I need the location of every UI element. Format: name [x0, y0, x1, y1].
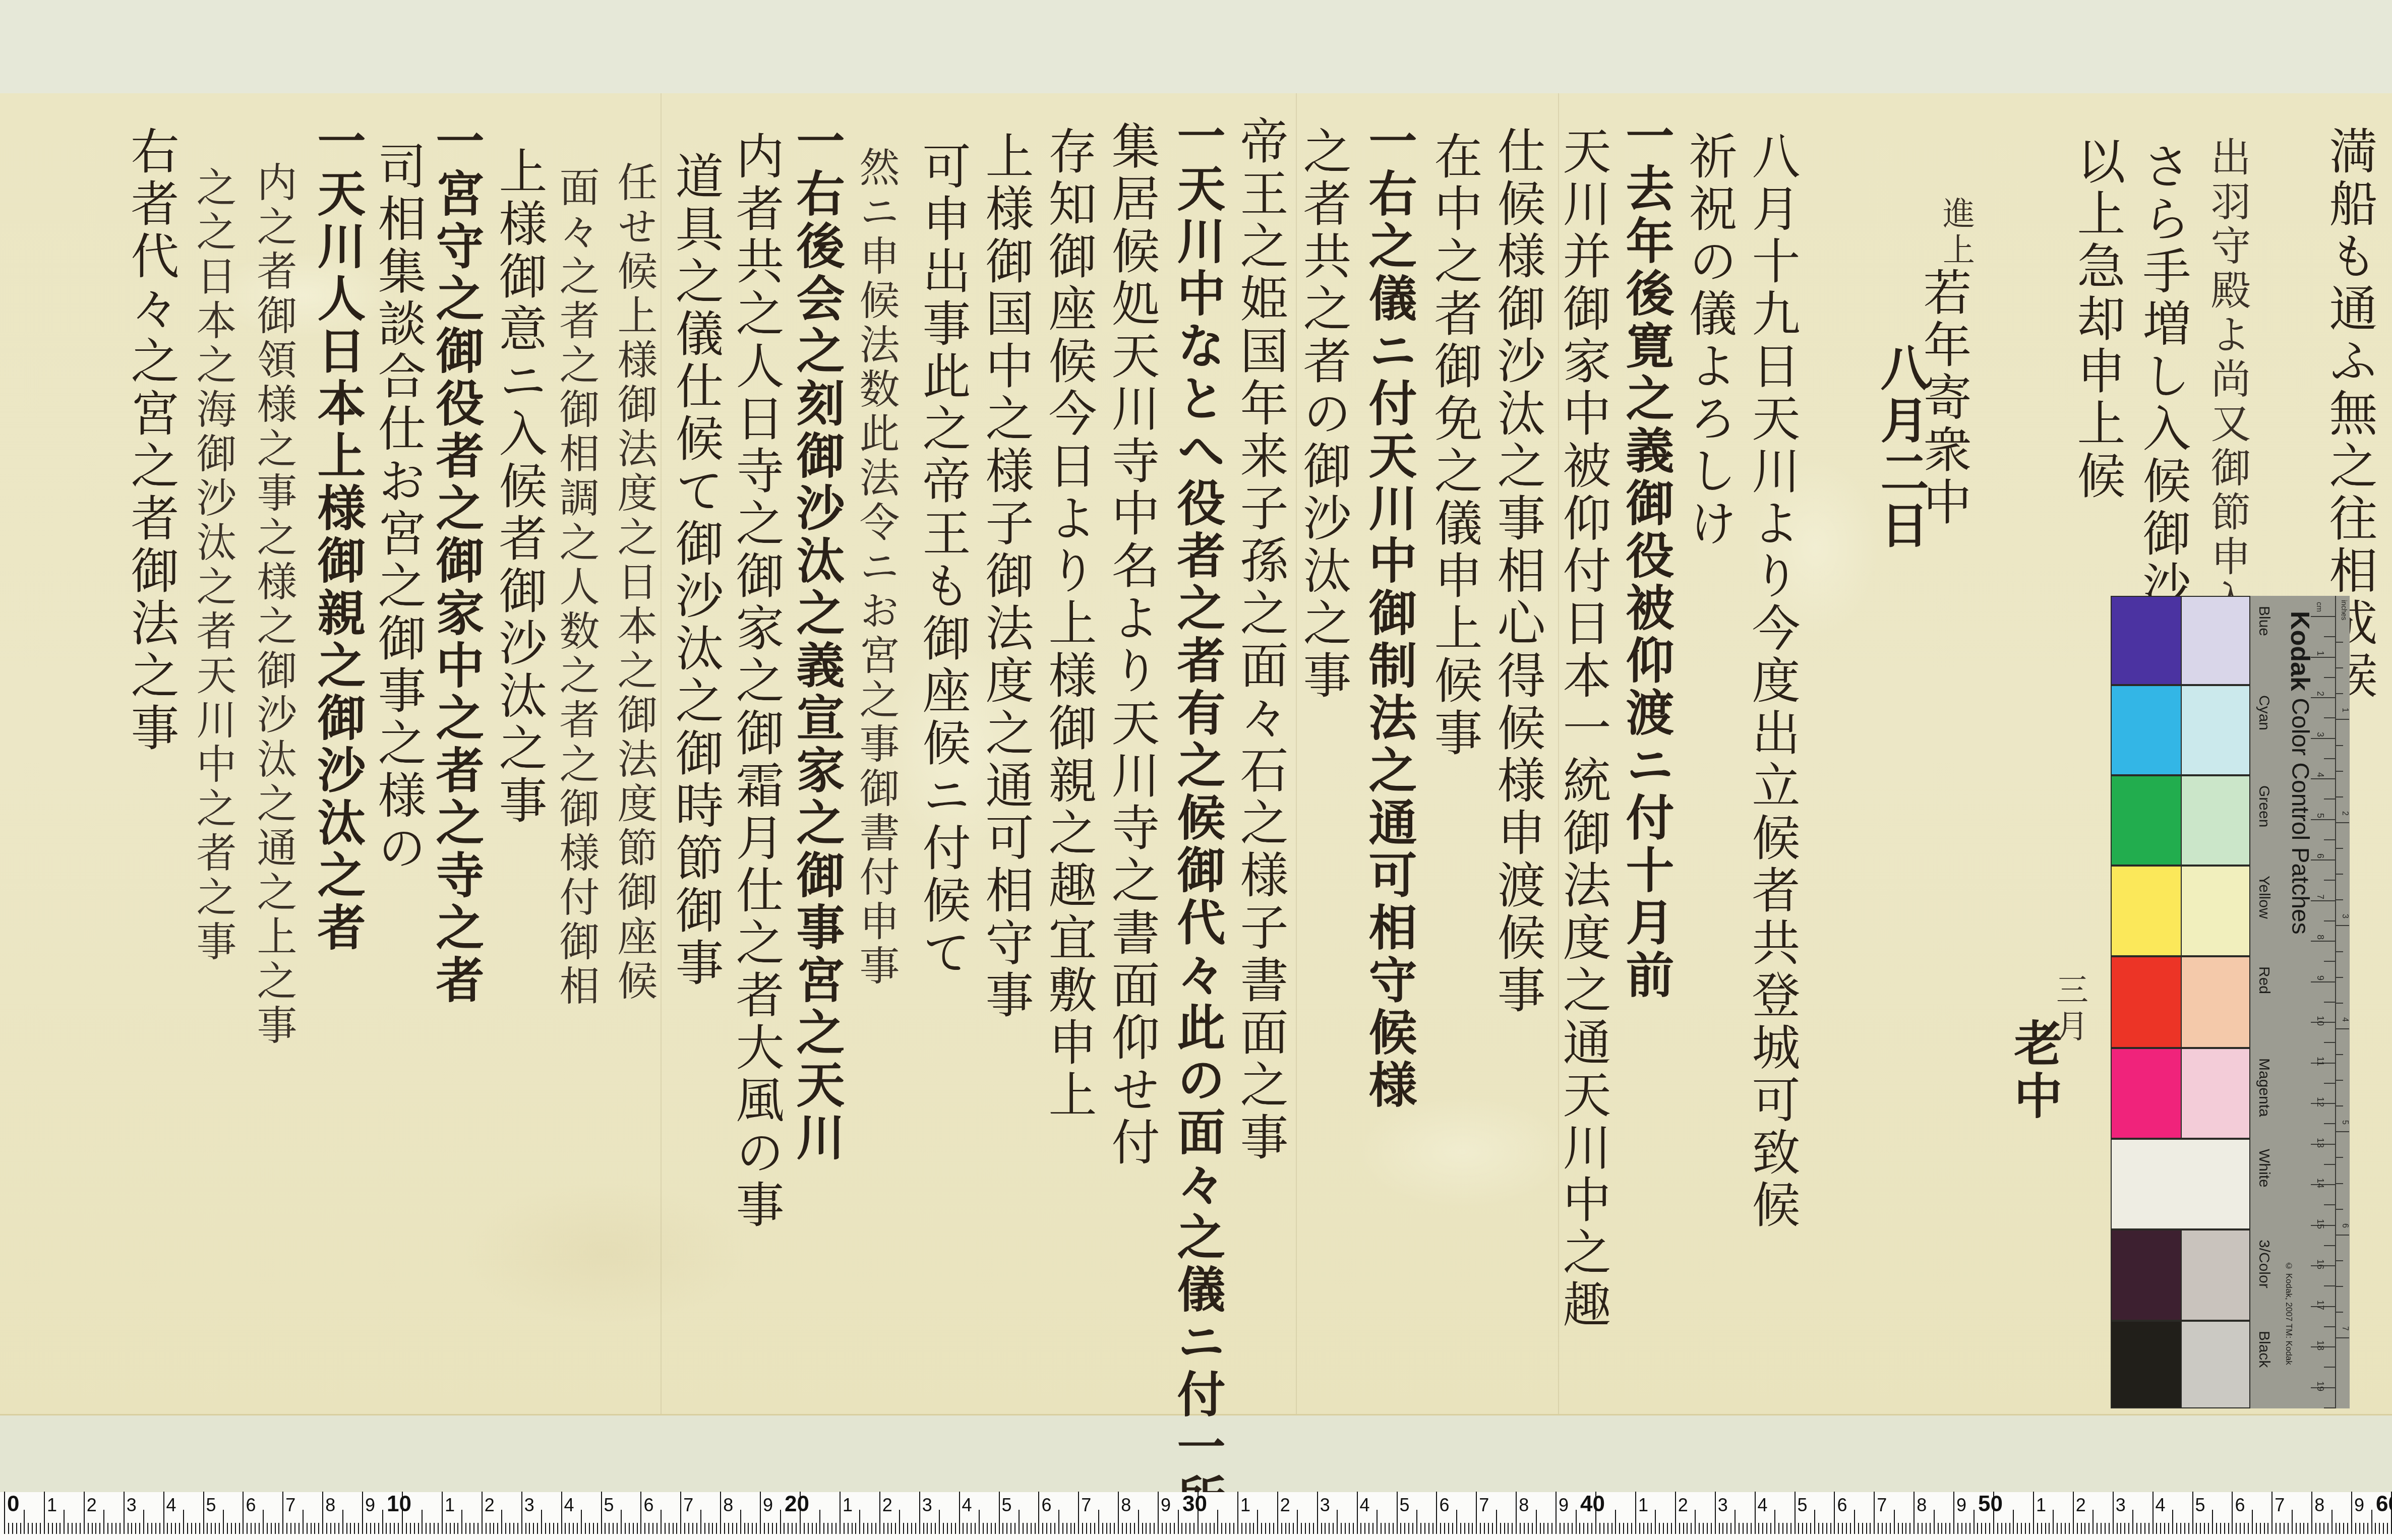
patch-black-tint [2181, 1321, 2250, 1408]
text-column: 内者共之人日寺之御家之御霜月仕之者大風の事 [732, 131, 781, 1232]
ruler-label: 9 [763, 1496, 773, 1514]
inch-tick [2336, 822, 2349, 823]
ruler-tick [119, 1523, 121, 1534]
cm-number: 11 [2315, 1057, 2325, 1066]
ruler-tick [724, 1523, 725, 1534]
ruler-tick [1229, 1523, 1230, 1534]
ruler-tick [2220, 1523, 2221, 1534]
ruler-label: 9 [365, 1496, 375, 1514]
ruler-tick [700, 1510, 701, 1534]
ruler-tick [1245, 1523, 1246, 1534]
ruler-tick [2336, 1523, 2337, 1534]
ruler-tick [891, 1523, 892, 1534]
cm-number: 15 [2315, 1219, 2325, 1229]
ruler-tick [1281, 1523, 1282, 1534]
ruler-label: 5 [2195, 1496, 2205, 1514]
ruler-tick [1333, 1523, 1334, 1534]
ruler-tick [2144, 1523, 2145, 1534]
ruler-label: 4 [1360, 1496, 1370, 1514]
ruler-tick [2256, 1523, 2257, 1534]
ruler-major-label: 50 [1978, 1493, 2003, 1515]
patch-label: Blue [2255, 606, 2273, 636]
ruler-tick [712, 1523, 713, 1534]
ruler-tick [195, 1523, 196, 1534]
ruler-tick [1719, 1523, 1720, 1534]
ruler-tick [1500, 1523, 1501, 1534]
ruler-tick [2280, 1523, 2281, 1534]
ruler-tick [1890, 1523, 1891, 1534]
ruler-tick [1325, 1523, 1326, 1534]
ruler-tick [203, 1492, 204, 1534]
ruler-tick [143, 1510, 144, 1534]
ruler-tick [831, 1523, 832, 1534]
ruler-tick [438, 1523, 439, 1534]
ruler-tick [887, 1523, 888, 1534]
ruler-tick [1663, 1523, 1664, 1534]
patch-cyan-tint [2181, 685, 2250, 775]
inch-tick [2336, 667, 2343, 668]
ruler-tick [1381, 1523, 1382, 1534]
text-column: 進上 [1940, 197, 1972, 269]
ruler-tick [1269, 1523, 1270, 1534]
ruler-tick [24, 1510, 25, 1534]
ruler-tick [290, 1523, 291, 1534]
ruler-tick [2319, 1523, 2320, 1534]
ruler-tick [525, 1523, 526, 1534]
ruler-tick [1516, 1492, 1517, 1534]
patch-label: 3/Color [2255, 1240, 2273, 1288]
ruler-tick [330, 1523, 331, 1534]
ruler-tick [1532, 1523, 1533, 1534]
ruler-tick [2081, 1523, 2082, 1534]
ruler-tick [1106, 1523, 1107, 1534]
ruler-tick [748, 1523, 749, 1534]
ruler-tick [1456, 1510, 1457, 1534]
ruler-tick [48, 1523, 49, 1534]
patch-red-solid [2111, 956, 2182, 1048]
ruler-tick [1162, 1523, 1163, 1534]
ruler-tick [991, 1523, 992, 1534]
ruler-major-label: 0 [7, 1493, 19, 1515]
ruler-label: 9 [1559, 1496, 1569, 1514]
ruler-tick [2200, 1523, 2201, 1534]
ruler-tick [895, 1523, 896, 1534]
ruler-tick [469, 1523, 470, 1534]
ruler-tick [669, 1523, 670, 1534]
ruler-tick [2244, 1523, 2245, 1534]
ruler-tick [36, 1523, 37, 1534]
ruler-tick [1922, 1523, 1923, 1534]
cm-number: 7 [2315, 894, 2325, 899]
ruler-tick [247, 1523, 248, 1534]
cm-number: 8 [2315, 935, 2325, 940]
ruler-tick [2033, 1492, 2034, 1534]
ruler-tick [1006, 1523, 1007, 1534]
ruler-tick [541, 1510, 542, 1534]
ruler-tick [848, 1523, 849, 1534]
ruler-tick [1110, 1523, 1111, 1534]
ruler-tick [2300, 1523, 2301, 1534]
ruler-tick [2192, 1492, 2193, 1534]
ruler-tick [1838, 1523, 1839, 1534]
patch-label: Black [2255, 1331, 2273, 1368]
ruler-tick [1898, 1523, 1899, 1534]
ruler-label: 8 [2314, 1496, 2324, 1514]
paper-fold-line [661, 93, 662, 1414]
ruler-tick [322, 1492, 323, 1534]
cm-tick [2324, 1326, 2336, 1327]
ruler-tick [2236, 1523, 2237, 1534]
ruler-tick [199, 1523, 200, 1534]
ruler-tick [1762, 1523, 1763, 1534]
ruler-label: 1 [843, 1496, 853, 1514]
ruler-label: 5 [604, 1496, 614, 1514]
ruler-major-label: 30 [1182, 1493, 1207, 1515]
ruler-tick [1472, 1523, 1473, 1534]
ruler-tick [537, 1523, 538, 1534]
ruler-tick [1233, 1523, 1234, 1534]
patch-red-tint [2181, 956, 2250, 1048]
ruler-tick [2037, 1523, 2038, 1534]
text-column: 八月十九日天川より今度出立候者共登城可致候 [1748, 131, 1797, 1232]
ruler-tick [1412, 1523, 1413, 1534]
ruler-tick [358, 1523, 359, 1534]
ruler-tick [1643, 1523, 1644, 1534]
ruler-label: 2 [485, 1496, 495, 1514]
ruler-tick [1814, 1510, 1815, 1534]
ruler-tick [298, 1523, 300, 1534]
inch-number: 7 [2340, 1326, 2349, 1331]
ruler-tick [1722, 1523, 1723, 1534]
ruler-tick [442, 1492, 443, 1534]
cm-number: 1 [2315, 651, 2325, 656]
ruler-tick [1241, 1523, 1242, 1534]
ruler-tick [2041, 1523, 2042, 1534]
ruler-tick [621, 1510, 622, 1534]
ruler-tick [1138, 1510, 1139, 1534]
ruler-tick [1961, 1523, 1962, 1534]
chart-label-strip: Kodak Color Control Patches BlueCyanGree… [2250, 596, 2350, 1408]
text-column: 八月二日 [1877, 343, 1925, 552]
ruler-tick [1989, 1523, 1990, 1534]
ruler-tick [2379, 1523, 2380, 1534]
ruler-tick [1655, 1510, 1656, 1534]
ruler-tick [661, 1510, 662, 1534]
ruler-tick [1902, 1523, 1903, 1534]
inch-tick [2336, 1286, 2343, 1287]
ruler-tick [1054, 1523, 1055, 1534]
ruler-tick [1953, 1492, 1954, 1534]
patch-magenta-tint [2181, 1048, 2250, 1139]
ruler-tick [1393, 1523, 1394, 1534]
ruler-tick [179, 1523, 180, 1534]
ruler-tick [446, 1523, 447, 1534]
ruler-tick [533, 1523, 534, 1534]
ruler-tick [549, 1523, 550, 1534]
cm-tick [2311, 616, 2336, 617]
ruler-tick [911, 1523, 912, 1534]
inch-tick [2336, 1028, 2349, 1029]
patch-black-solid [2111, 1321, 2182, 1408]
ruler-tick [1826, 1523, 1827, 1534]
ruler-tick [227, 1523, 228, 1534]
ruler-tick [1981, 1523, 1982, 1534]
ruler-tick [1301, 1523, 1302, 1534]
ruler-tick [1416, 1510, 1417, 1534]
ruler-tick [1894, 1510, 1895, 1534]
ruler-tick [2331, 1510, 2333, 1534]
ruler-tick [784, 1523, 785, 1534]
ruler-tick [151, 1523, 152, 1534]
ruler-tick [1174, 1523, 1175, 1534]
ruler-tick [2315, 1523, 2316, 1534]
ruler-label: 1 [2036, 1496, 2046, 1514]
patch-yellow-solid [2111, 866, 2182, 956]
ruler-tick [931, 1523, 932, 1534]
ruler-tick [975, 1523, 976, 1534]
ruler-tick [680, 1492, 681, 1534]
ruler-label: 8 [1917, 1496, 1927, 1514]
ruler-tick [99, 1523, 100, 1534]
ruler-label: 9 [1956, 1496, 1966, 1514]
ruler-tick [2276, 1523, 2277, 1534]
ruler-tick [271, 1523, 272, 1534]
ruler-tick [2311, 1492, 2312, 1534]
text-column: 集居候処天川寺中名より天川寺之書面仰せ付 [1108, 121, 1156, 1169]
inch-tick [2336, 1157, 2343, 1158]
chart-cm-inch-ruler: cm inches 123456789101112131415161718191… [2307, 596, 2350, 1408]
ruler-tick [2267, 1523, 2268, 1534]
inch-tick [2336, 693, 2343, 694]
ruler-tick [1122, 1523, 1123, 1534]
ruler-tick [780, 1510, 781, 1534]
ruler-tick [644, 1523, 645, 1534]
ruler-label: 1 [1638, 1496, 1648, 1514]
ruler-tick [1659, 1523, 1660, 1534]
ruler-tick [692, 1523, 693, 1534]
cm-tick [2311, 738, 2336, 739]
ruler-tick [454, 1523, 455, 1534]
ruler-tick [1345, 1523, 1346, 1534]
ruler-tick [1611, 1523, 1612, 1534]
inch-number: 4 [2340, 1017, 2349, 1022]
inch-number: 3 [2340, 914, 2349, 918]
ruler-tick [465, 1523, 466, 1534]
ruler-tick [1786, 1523, 1787, 1534]
ruler-tick [1755, 1492, 1756, 1534]
ruler-tick [879, 1492, 880, 1534]
ruler-tick [923, 1523, 924, 1534]
ruler-tick [4, 1492, 5, 1534]
cm-tick [2324, 1204, 2336, 1205]
ruler-tick [1023, 1523, 1024, 1534]
cm-number: 18 [2315, 1340, 2325, 1350]
ruler-tick [2045, 1523, 2046, 1534]
ruler-tick [605, 1523, 606, 1534]
ruler-tick [1341, 1523, 1342, 1534]
ruler-tick [517, 1523, 518, 1534]
ruler-tick [1524, 1523, 1525, 1534]
ruler-label: 9 [1161, 1496, 1171, 1514]
chart-copyright: © Kodak, 2007 TM: Kodak [2284, 1261, 2294, 1365]
inch-tick [2336, 771, 2343, 772]
ruler-tick [1277, 1492, 1278, 1534]
ruler-tick [1651, 1523, 1652, 1534]
ruler-tick [2148, 1523, 2149, 1534]
ruler-tick [907, 1523, 908, 1534]
ruler-tick [823, 1523, 824, 1534]
ruler-tick [696, 1523, 697, 1534]
ruler-tick [963, 1523, 964, 1534]
ruler-tick [410, 1523, 411, 1534]
ruler-tick [2140, 1523, 2141, 1534]
ruler-tick [1607, 1523, 1608, 1534]
text-column: 面々之者之御相調之人数之者之御様付御相 [556, 166, 596, 1009]
ruler-tick [597, 1523, 598, 1534]
ruler-tick [1265, 1523, 1266, 1534]
text-column: 司相集談合仕お宮之御事之様の [374, 141, 423, 875]
kodak-color-control-chart: Kodak Color Control Patches BlueCyanGree… [2111, 596, 2350, 1408]
ruler-tick [1918, 1523, 1919, 1534]
inch-tick [2336, 1105, 2343, 1106]
ruler-tick [1385, 1523, 1386, 1534]
inch-tick [2336, 796, 2343, 797]
ruler-tick [995, 1523, 996, 1534]
ruler-tick [251, 1523, 252, 1534]
ruler-tick [764, 1523, 765, 1534]
ruler-major-label: 60 [2376, 1493, 2392, 1515]
ruler-tick [656, 1523, 657, 1534]
text-column: 一去年後寛之義御役被仰渡ニ付十月前 [1622, 111, 1670, 1002]
ruler-label: 7 [1479, 1496, 1489, 1514]
ruler-tick [1404, 1523, 1405, 1534]
ruler-tick [1806, 1523, 1807, 1534]
ruler-tick [147, 1523, 148, 1534]
ruler-tick [1631, 1523, 1632, 1534]
ruler-tick [1154, 1523, 1155, 1534]
ruler-tick [1078, 1492, 1079, 1534]
ruler-tick [2288, 1523, 2289, 1534]
cm-tick [2311, 941, 2336, 942]
patch-green-tint [2181, 775, 2250, 866]
ruler-tick [56, 1523, 57, 1534]
text-column: 在中之者御免之儀申上候事 [1430, 131, 1479, 760]
cm-tick [2311, 697, 2336, 698]
ruler-tick [1913, 1492, 1915, 1534]
ruler-tick [629, 1523, 630, 1534]
ruler-label: 6 [1837, 1496, 1847, 1514]
ruler-tick [1436, 1492, 1437, 1534]
ruler-label: 2 [1280, 1496, 1290, 1514]
ruler-tick [752, 1523, 753, 1534]
inch-tick [2336, 1260, 2343, 1261]
ruler-tick [1822, 1523, 1823, 1534]
ruler-tick [1146, 1523, 1147, 1534]
ruler-tick [1432, 1523, 1433, 1534]
ruler-tick [728, 1523, 729, 1534]
ruler-tick [2248, 1523, 2249, 1534]
patch-cyan-solid [2111, 685, 2182, 775]
ruler-tick [1909, 1523, 1910, 1534]
text-column: さら手増し入候御沙汰 [2139, 141, 2187, 665]
ruler-tick [688, 1523, 689, 1534]
ruler-tick [1062, 1523, 1063, 1534]
patch-blue-tint [2181, 596, 2250, 685]
ruler-tick [1798, 1523, 1799, 1534]
cm-number: 14 [2315, 1178, 2325, 1188]
ruler-tick [394, 1523, 395, 1534]
ruler-tick [378, 1523, 379, 1534]
ruler-tick [159, 1523, 160, 1534]
ruler-tick [545, 1523, 546, 1534]
ruler-tick [1297, 1510, 1298, 1534]
ruler-tick [1508, 1523, 1509, 1534]
cm-tick [2311, 900, 2336, 901]
ruler-tick [1185, 1523, 1186, 1534]
text-column: 一天川中なとへ役者之者有之候御代々此の面々之儀ニ付一所 [1173, 111, 1222, 1526]
ruler-tick [1551, 1523, 1552, 1534]
ruler-tick [1114, 1523, 1115, 1534]
ruler-tick [871, 1523, 872, 1534]
ruler-tick [2132, 1510, 2133, 1534]
patch-green-solid [2111, 775, 2182, 866]
ruler-tick [819, 1510, 820, 1534]
ruler-tick [947, 1523, 948, 1534]
ruler-tick [792, 1523, 793, 1534]
ruler-tick [1782, 1523, 1783, 1534]
ruler-tick [103, 1510, 104, 1534]
ruler-tick [565, 1523, 566, 1534]
ruler-tick [1679, 1523, 1680, 1534]
ruler-tick [64, 1510, 65, 1534]
cm-tick [2324, 880, 2336, 881]
ruler-tick [2160, 1523, 2161, 1534]
text-column: 仕候様御沙汰之事相心得候様申渡候事 [1493, 126, 1542, 1017]
ruler-tick [278, 1523, 279, 1534]
ruler-tick [1448, 1523, 1449, 1534]
ruler-tick [2188, 1523, 2189, 1534]
ruler-tick [1042, 1523, 1043, 1534]
ruler-tick [406, 1523, 407, 1534]
text-column: 以上急却申上候 [2073, 136, 2122, 503]
ruler-tick [2136, 1523, 2137, 1534]
ruler-tick [768, 1523, 769, 1534]
ruler-tick [1377, 1510, 1378, 1534]
ruler-tick [1031, 1523, 1032, 1534]
ruler-tick [1364, 1523, 1365, 1534]
ruler-label: 4 [2156, 1496, 2166, 1514]
ruler-tick [2307, 1523, 2308, 1534]
inch-tick [2336, 719, 2349, 720]
inch-tick [2336, 977, 2343, 978]
text-column: 祈祝の儀よろしけ [1685, 131, 1733, 550]
ruler-tick [943, 1523, 944, 1534]
ruler-label: 6 [1439, 1496, 1449, 1514]
ruler-tick [2168, 1523, 2169, 1534]
ruler-tick [2025, 1523, 2026, 1534]
ruler-label: 3 [127, 1496, 137, 1514]
ruler-tick [1066, 1523, 1067, 1534]
ruler-tick [875, 1523, 876, 1534]
ruler-tick [776, 1523, 777, 1534]
ruler-tick [88, 1523, 89, 1534]
ruler-tick [362, 1492, 363, 1534]
ruler-tick [1178, 1510, 1179, 1534]
ruler-tick [115, 1523, 116, 1534]
ruler-tick [1400, 1523, 1401, 1534]
ruler-tick [1389, 1523, 1390, 1534]
patch-yellow-tint [2181, 866, 2250, 956]
